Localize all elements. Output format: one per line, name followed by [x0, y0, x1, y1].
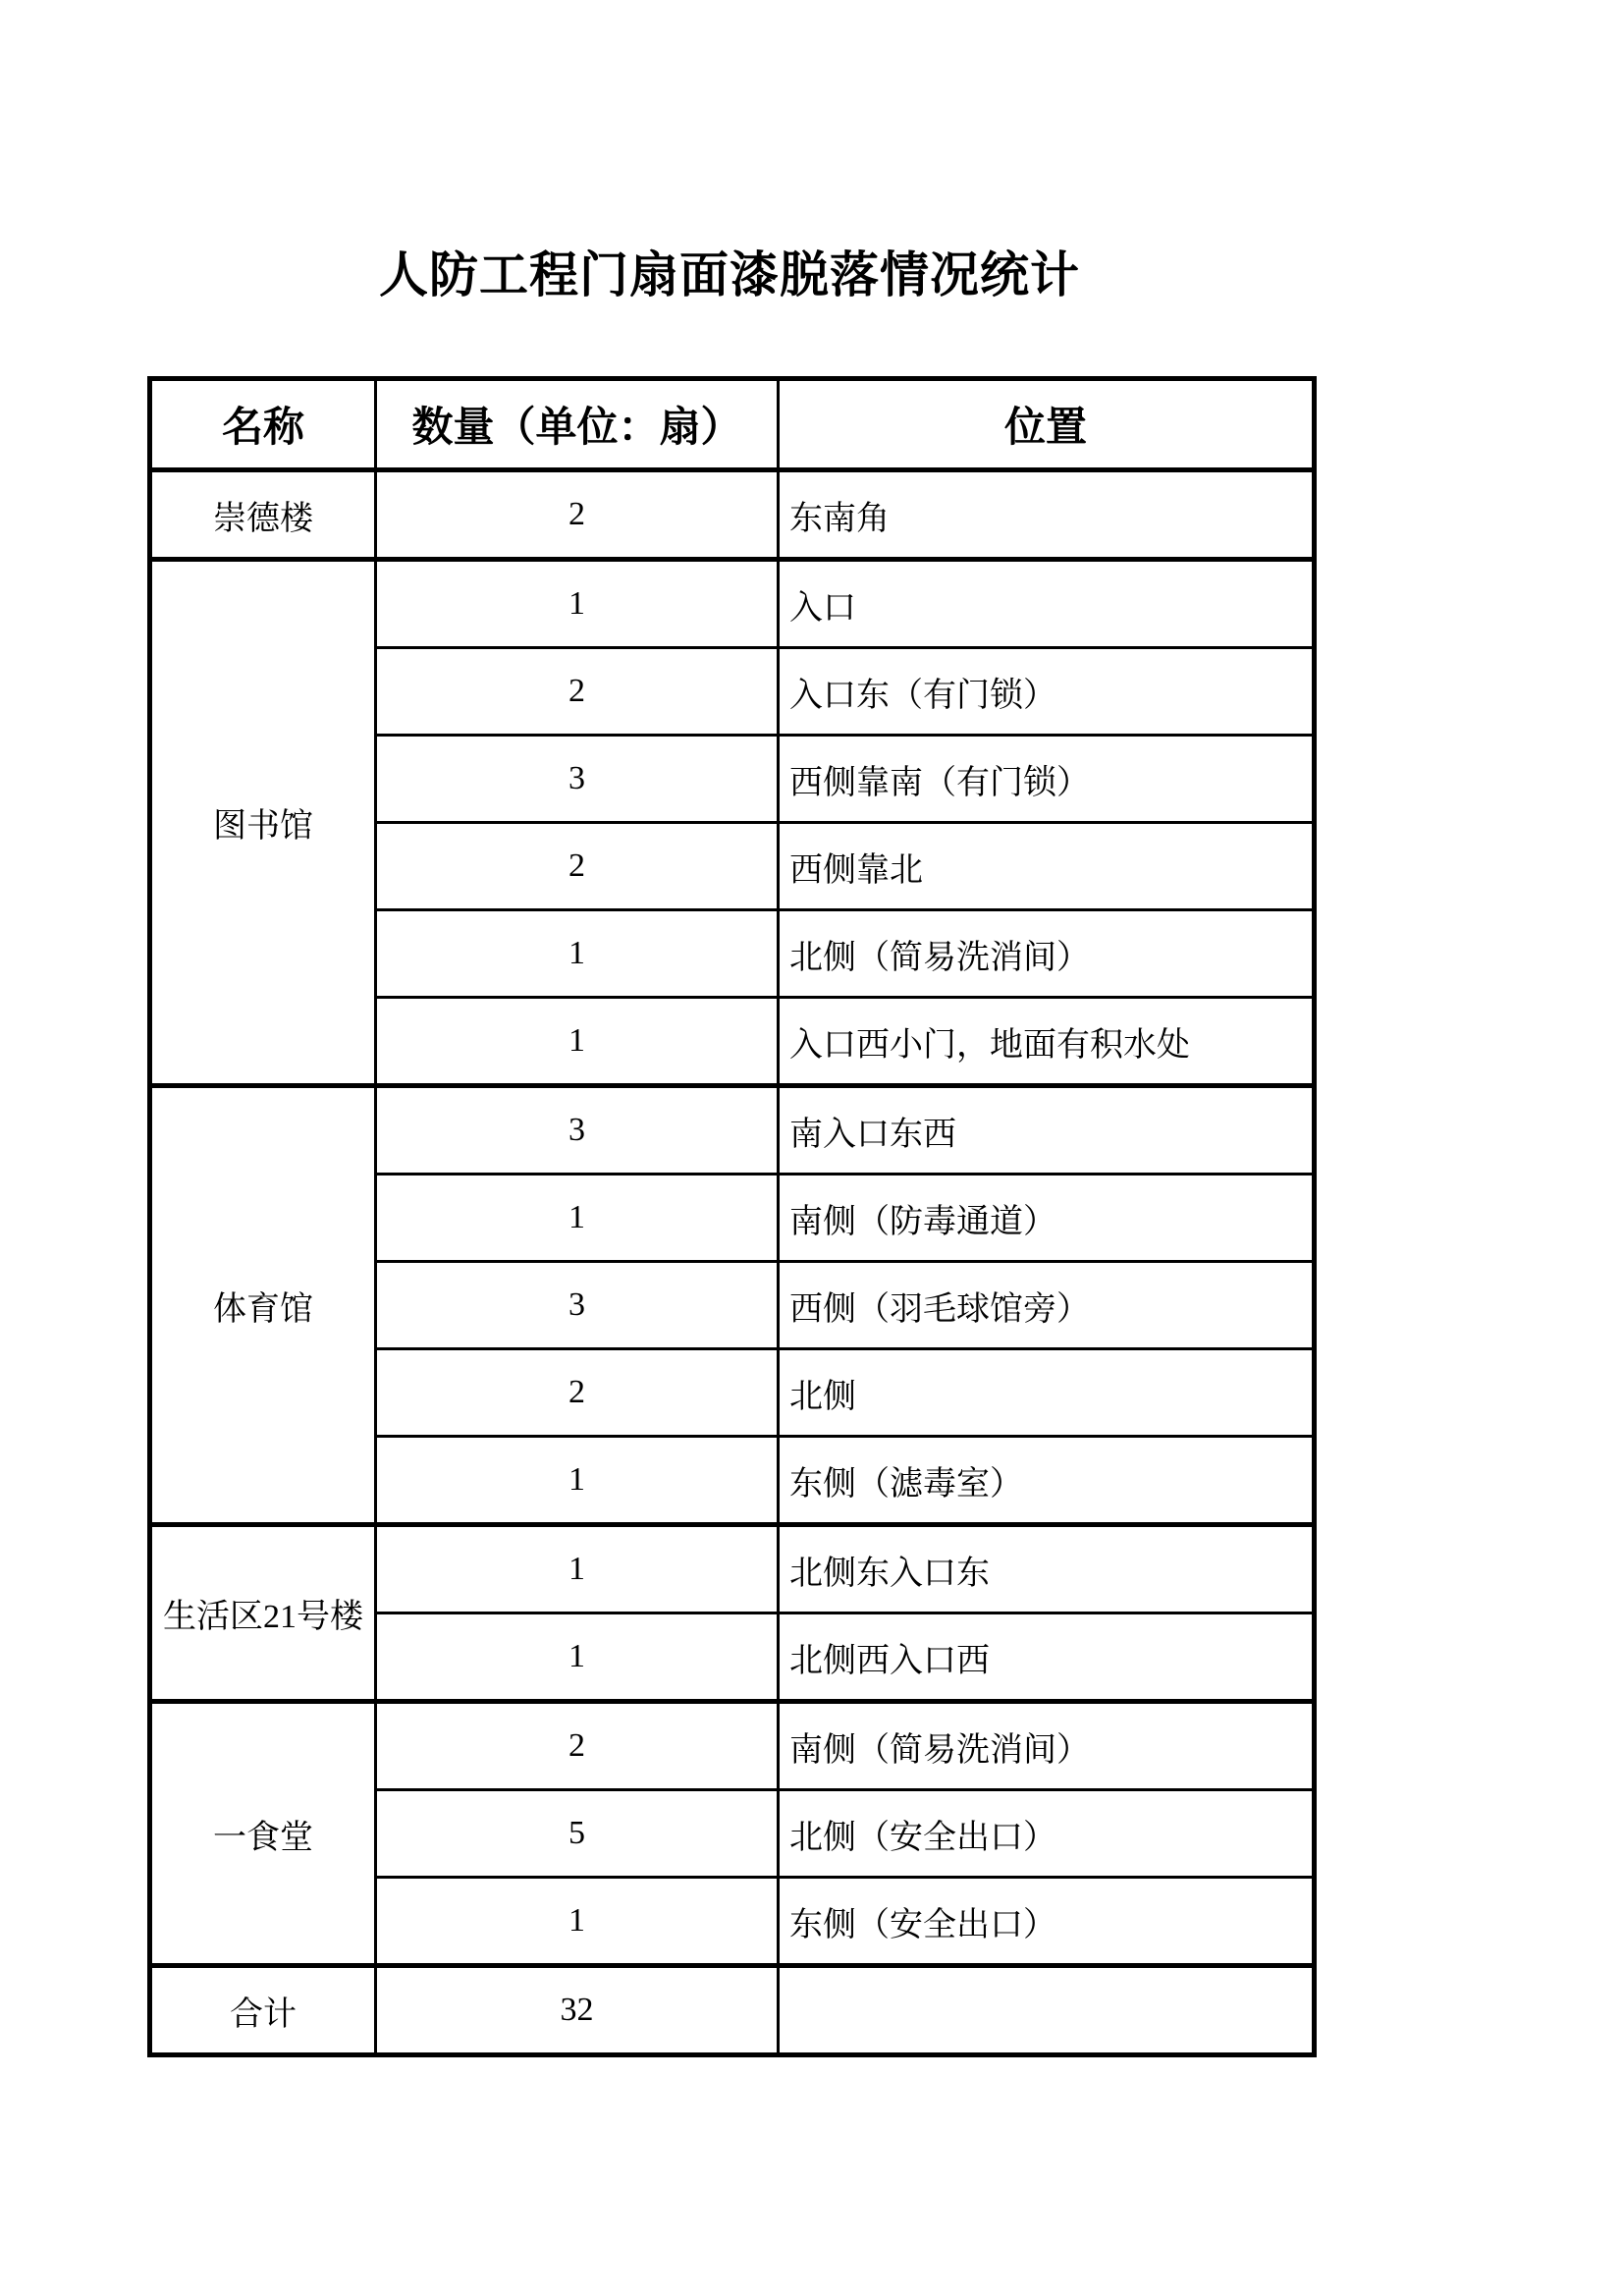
group-name-cell: 图书馆	[150, 560, 376, 1086]
quantity-cell: 3	[376, 1262, 779, 1349]
location-cell: 南入口东西	[779, 1086, 1315, 1175]
location-cell: 东侧（滤毒室）	[779, 1437, 1315, 1525]
table-row: 一食堂2南侧（简易洗消间）	[150, 1702, 1315, 1790]
table-header: 名称数量（单位：扇）位置	[150, 379, 1315, 470]
location-cell: 南侧（简易洗消间）	[779, 1702, 1315, 1790]
paint-peeling-stats-table: 名称数量（单位：扇）位置 崇德楼2东南角图书馆1入口2入口东（有门锁）3西侧靠南…	[147, 376, 1317, 2057]
location-cell: 北侧（安全出口）	[779, 1790, 1315, 1878]
column-header: 数量（单位：扇）	[376, 379, 779, 470]
table-row: 图书馆1入口	[150, 560, 1315, 648]
location-cell: 西侧（羽毛球馆旁）	[779, 1262, 1315, 1349]
quantity-cell: 1	[376, 560, 779, 648]
quantity-cell: 1	[376, 1613, 779, 1702]
document-title: 人防工程门扇面漆脱落情况统计	[147, 247, 1312, 304]
group-name-cell: 体育馆	[150, 1086, 376, 1525]
location-cell: 西侧靠南（有门锁）	[779, 736, 1315, 823]
quantity-cell: 1	[376, 1175, 779, 1262]
quantity-cell: 1	[376, 1878, 779, 1966]
location-cell: 入口	[779, 560, 1315, 648]
quantity-cell: 2	[376, 823, 779, 910]
location-cell: 南侧（防毒通道）	[779, 1175, 1315, 1262]
table-row: 生活区21号楼1北侧东入口东	[150, 1525, 1315, 1613]
table-row: 体育馆3南入口东西	[150, 1086, 1315, 1175]
location-cell: 东侧（安全出口）	[779, 1878, 1315, 1966]
total-quantity-cell: 32	[376, 1966, 779, 2055]
location-cell: 西侧靠北	[779, 823, 1315, 910]
table-row: 崇德楼2东南角	[150, 470, 1315, 560]
quantity-cell: 3	[376, 1086, 779, 1175]
group-name-cell: 崇德楼	[150, 470, 376, 560]
group-name-cell: 生活区21号楼	[150, 1525, 376, 1702]
location-cell: 北侧	[779, 1349, 1315, 1437]
location-cell: 北侧西入口西	[779, 1613, 1315, 1702]
quantity-cell: 3	[376, 736, 779, 823]
column-header: 名称	[150, 379, 376, 470]
total-location-cell	[779, 1966, 1315, 2055]
location-cell: 北侧东入口东	[779, 1525, 1315, 1613]
quantity-cell: 2	[376, 648, 779, 736]
location-cell: 入口东（有门锁）	[779, 648, 1315, 736]
total-label-cell: 合计	[150, 1966, 376, 2055]
group-name-cell: 一食堂	[150, 1702, 376, 1966]
total-row: 合计32	[150, 1966, 1315, 2055]
column-header: 位置	[779, 379, 1315, 470]
quantity-cell: 2	[376, 1702, 779, 1790]
quantity-cell: 1	[376, 1437, 779, 1525]
location-cell: 入口西小门，地面有积水处	[779, 998, 1315, 1086]
quantity-cell: 2	[376, 1349, 779, 1437]
document-page: 人防工程门扇面漆脱落情况统计 名称数量（单位：扇）位置 崇德楼2东南角图书馆1入…	[0, 0, 1623, 2296]
quantity-cell: 1	[376, 910, 779, 998]
header-row: 名称数量（单位：扇）位置	[150, 379, 1315, 470]
quantity-cell: 1	[376, 1525, 779, 1613]
location-cell: 北侧（简易洗消间）	[779, 910, 1315, 998]
table-body: 崇德楼2东南角图书馆1入口2入口东（有门锁）3西侧靠南（有门锁）2西侧靠北1北侧…	[150, 470, 1315, 2055]
quantity-cell: 1	[376, 998, 779, 1086]
location-cell: 东南角	[779, 470, 1315, 560]
quantity-cell: 2	[376, 470, 779, 560]
quantity-cell: 5	[376, 1790, 779, 1878]
